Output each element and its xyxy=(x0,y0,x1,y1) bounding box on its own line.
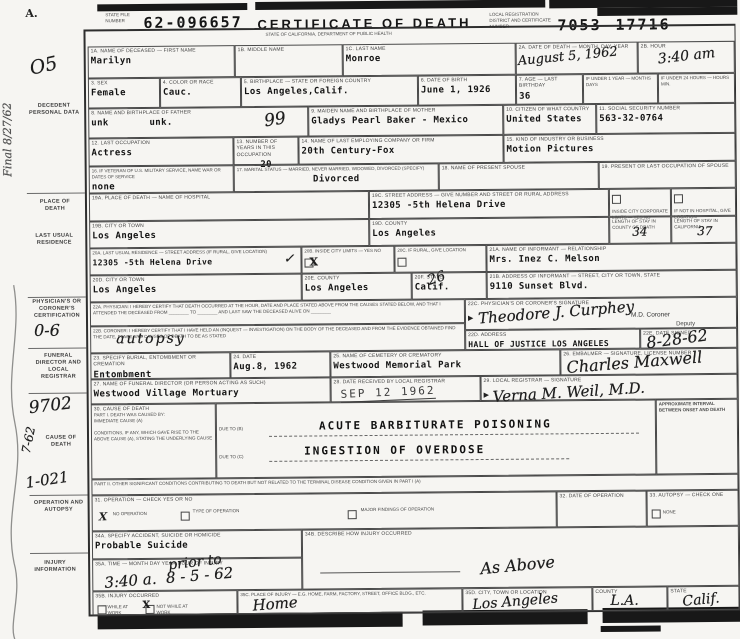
checkbox-icon xyxy=(612,195,621,204)
cause-of-death-immediate: ACUTE BARBITURATE POISONING xyxy=(319,417,552,432)
field-last-occupation: 12. LAST OCCUPATION Actress xyxy=(88,137,233,166)
field-value: Westwood Village Mortuary xyxy=(94,388,328,401)
handwritten-99: 99 xyxy=(263,108,287,131)
field-death-county: 19D. COUNTY Los Angeles xyxy=(369,217,609,246)
field-spouse-occupation: 19. PRESENT OR LAST OCCUPATION OF SPOUSE xyxy=(599,161,736,189)
margin-divider xyxy=(29,392,87,394)
field-label: 20B. INSIDE CITY LIMITS — YES NO xyxy=(304,248,391,255)
field-label: 32. DATE OF OPERATION xyxy=(560,493,644,500)
field-value xyxy=(602,171,733,172)
field-middle-name: 1B. MIDDLE NAME xyxy=(235,44,343,77)
checkbox-icon xyxy=(652,509,661,518)
death-certificate-scan: A. STATE FILE NUMBER 62-096657 CERTIFICA… xyxy=(0,0,740,639)
field-first-name: 1A. NAME OF DECEASED — FIRST NAME Marily… xyxy=(88,45,235,78)
field-label: 22A. PHYSICIAN: I HEREBY CERTIFY THAT DE… xyxy=(93,301,462,316)
field-value: Los Angeles xyxy=(305,283,409,295)
field-label: 20C. IF RURAL, GIVE LOCATION xyxy=(397,247,483,254)
field-label: 4. COLOR OR RACE xyxy=(163,79,238,86)
field-label: 24. DATE xyxy=(233,353,327,360)
field-residence-street: 20A. LAST USUAL RESIDENCE — STREET ADDRE… xyxy=(89,247,301,276)
field-label: 17. MARITAL STATUS — MARRIED, NEVER MARR… xyxy=(237,165,436,173)
field-date-of-operation: 32. DATE OF OPERATION xyxy=(557,491,647,528)
margin-label-last-usual-residence: LAST USUAL RESIDENCE xyxy=(27,233,81,248)
field-label: 1B. MIDDLE NAME xyxy=(238,46,340,53)
margin-label-funeral-director: FUNERAL DIRECTOR AND LOCAL REGISTRAR xyxy=(33,353,83,382)
field-label: 22D. ADDRESS xyxy=(468,331,637,339)
field-value: Los Angeles xyxy=(93,284,299,297)
field-label: 25. NAME OF CEMETERY OR CREMATORY xyxy=(333,351,557,359)
field-label: APPROXIMATE INTERVAL BETWEEN ONSET AND D… xyxy=(659,401,735,413)
due-to-c-label: DUE TO (C) xyxy=(219,454,249,460)
field-value: Probable Suicide xyxy=(95,540,299,553)
margin-label-decedent-data: DECEDENT PERSONAL DATA xyxy=(28,103,80,118)
checkbox-icon xyxy=(674,195,683,204)
field-label: 20F. STATE xyxy=(415,274,484,281)
field-label: 21B. ADDRESS OF INFORMANT — STREET, CITY… xyxy=(490,272,734,280)
field-social-security-number: 11. SOCIAL SECURITY NUMBER 563-32-0764 xyxy=(596,103,735,134)
field-value: Los Angeles,Calif. xyxy=(244,86,415,98)
cause-immediate-label: IMMEDIATE CAUSE (A) xyxy=(94,417,213,424)
arrow-icon: ▶ xyxy=(468,315,473,322)
field-label: 6. DATE OF BIRTH xyxy=(421,77,513,84)
field-label: 15. KIND OF INDUSTRY OR BUSINESS xyxy=(506,135,732,143)
field-injury-occurred: 35B. INJURY OCCURRED WHILE AT WORK NOT W… xyxy=(92,590,237,615)
field-present-spouse: 18. NAME OF PRESENT SPOUSE xyxy=(439,162,599,190)
margin-note-o6: 0-6 xyxy=(34,321,60,340)
field-cause-of-death-labels: 30. CAUSE OF DEATH PART I. DEATH WAS CAU… xyxy=(91,403,217,479)
field-citizenship: 10. CITIZEN OF WHAT COUNTRY United State… xyxy=(503,104,596,135)
field-value: Female xyxy=(91,88,157,99)
field-label: 19D. COUNTY xyxy=(372,219,606,227)
field-label: 35B. INJURY OCCURRED xyxy=(95,592,234,599)
field-value: Los Angeles xyxy=(372,227,606,240)
operation-option: TYPE OF OPERATION xyxy=(193,508,283,515)
checkbox-icon xyxy=(97,605,106,614)
field-approximate-interval: APPROXIMATE INTERVAL BETWEEN ONSET AND D… xyxy=(656,399,739,475)
checkbox-icon xyxy=(181,512,190,521)
field-value: United States xyxy=(506,114,593,126)
field-label: 16. IF VETERAN OF U.S. MILITARY SERVICE,… xyxy=(92,167,231,180)
field-value: Aug.8, 1962 xyxy=(233,362,327,374)
field-label: 19C. STREET ADDRESS — GIVE NUMBER AND ST… xyxy=(372,191,606,199)
field-if-under-24-hours: IF UNDER 24 HOURS — HOURS MIN. xyxy=(658,73,735,104)
field-informant-name: 21A. NAME OF INFORMANT — RELATIONSHIP Mr… xyxy=(486,243,736,272)
field-value: none xyxy=(92,181,231,193)
field-value: Marilyn xyxy=(91,55,232,67)
field-value: 12305 -5th Helena Drive xyxy=(92,256,298,267)
handwritten-injury-county: L.A. xyxy=(610,593,638,609)
scan-tilt-layer: A. STATE FILE NUMBER 62-096657 CERTIFICA… xyxy=(0,0,740,639)
field-mother-name: 9. MAIDEN NAME AND BIRTHPLACE OF MOTHER … xyxy=(308,105,503,137)
field-label: 18. NAME OF PRESENT SPOUSE xyxy=(442,164,596,172)
x-mark: X xyxy=(309,255,318,268)
field-military-service: 16. IF VETERAN OF U.S. MILITARY SERVICE,… xyxy=(89,165,234,193)
handwritten-autopsy: autopsy xyxy=(116,331,186,348)
field-label: 1A. NAME OF DECEASED — FIRST NAME xyxy=(91,47,232,54)
field-coroner-address: 22D. ADDRESS HALL OF JUSTICE LOS ANGELES xyxy=(465,329,640,351)
field-label: 12. LAST OCCUPATION xyxy=(91,139,230,146)
field-marital-status: 17. MARITAL STATUS — MARRIED, NEVER MARR… xyxy=(234,163,439,192)
field-label: 20A. LAST USUAL RESIDENCE — STREET ADDRE… xyxy=(92,249,298,257)
field-label: 5. BIRTHPLACE — STATE OR FOREIGN COUNTRY xyxy=(244,78,415,86)
field-value: Monroe xyxy=(346,53,513,65)
field-color-or-race: 4. COLOR OR RACE Cauc. xyxy=(160,77,241,108)
field-label: 34B. DESCRIBE HOW INJURY OCCURRED xyxy=(305,528,736,538)
not-while-at-work-label: NOT WHILE AT WORK xyxy=(156,604,192,616)
field-value: June 1, 1926 xyxy=(421,85,513,97)
field-physician-statement: 22A. PHYSICIAN: I HEREBY CERTIFY THAT DE… xyxy=(90,299,465,326)
field-label: 3. SEX xyxy=(91,80,157,87)
field-value: 36 xyxy=(519,91,580,102)
field-label: IF UNDER 1 YEAR — MONTHS DAYS xyxy=(586,76,655,88)
scan-bar-bottom-4 xyxy=(601,625,661,632)
field-sex: 3. SEX Female xyxy=(88,78,160,109)
field-label: 11. SOCIAL SECURITY NUMBER xyxy=(599,105,732,112)
field-label: 10. CITIZEN OF WHAT COUNTRY xyxy=(506,106,593,113)
field-label: 27. NAME OF FUNERAL DIRECTOR (OR PERSON … xyxy=(94,379,328,387)
scan-bar-top-2 xyxy=(255,0,545,10)
autopsy-option: NONE xyxy=(663,509,676,515)
field-value: Gladys Pearl Baker - Mexico xyxy=(311,115,500,127)
margin-label-cause-of-death: CAUSE OF DEATH xyxy=(41,435,81,450)
margin-divider xyxy=(27,192,85,194)
field-label: 19A. PLACE OF DEATH — NAME OF HOSPITAL xyxy=(92,193,366,202)
field-place-of-death-hospital: 19A. PLACE OF DEATH — NAME OF HOSPITAL xyxy=(89,191,369,221)
operation-option: NO OPERATION xyxy=(113,511,173,517)
field-age: 7. AGE — LAST BIRTHDAY 36 xyxy=(516,74,583,105)
operation-option: MAJOR FINDINGS OF OPERATION xyxy=(361,506,461,513)
field-label: 14. NAME OF LAST EMPLOYING COMPANY OR FI… xyxy=(301,137,500,145)
field-value xyxy=(238,55,340,56)
cause-conditions-label: CONDITIONS, IF ANY, WHICH GAVE RISE TO T… xyxy=(94,429,213,442)
margin-note-o5: O5 xyxy=(28,52,60,79)
field-autopsy: 33. AUTOPSY — CHECK ONE NONE xyxy=(647,490,739,527)
field-label: 1C. LAST NAME xyxy=(346,45,513,53)
field-label: 34A. SPECIFY ACCIDENT, SUICIDE OR HOMICI… xyxy=(95,532,299,540)
handwritten-stay-california: 37 xyxy=(697,224,712,238)
margin-scribble-decoration xyxy=(0,283,33,639)
field-value: Actress xyxy=(91,147,230,159)
field-death-city: 19B. CITY OR TOWN Los Angeles xyxy=(89,219,369,248)
field-label: 13. NUMBER OF YEARS IN THIS OCCUPATION xyxy=(236,139,295,158)
x-mark: X xyxy=(142,600,150,611)
field-if-under-1-year: IF UNDER 1 YEAR — MONTHS DAYS xyxy=(583,73,658,104)
field-label: 31. OPERATION — CHECK YES OR NO xyxy=(95,493,554,503)
state-file-label: STATE FILE NUMBER xyxy=(105,12,139,24)
field-label: 20E. COUNTY xyxy=(305,275,409,282)
field-funeral-director: 27. NAME OF FUNERAL DIRECTOR (OR PERSON … xyxy=(91,377,331,404)
checkbox-icon xyxy=(348,510,357,519)
field-label: 19B. CITY OR TOWN xyxy=(92,221,366,230)
field-value: Divorced xyxy=(237,173,436,186)
field-informant-address: 21B. ADDRESS OF INFORMANT — STREET, CITY… xyxy=(487,270,737,299)
margin-label-physician-certification: PHYSICIAN'S OR CORONER'S CERTIFICATION xyxy=(29,298,85,320)
field-label: 21A. NAME OF INFORMANT — RELATIONSHIP xyxy=(489,245,733,253)
field-date-of-birth: 6. DATE OF BIRTH June 1, 1926 xyxy=(418,75,516,106)
scan-bar-top-1 xyxy=(97,3,247,11)
field-years-in-occupation: 13. NUMBER OF YEARS IN THIS OCCUPATION 2… xyxy=(233,137,298,166)
field-residence-city: 20D. CITY OR TOWN Los Angeles xyxy=(90,274,302,303)
while-at-work-label: WHILE AT WORK xyxy=(107,604,137,616)
field-inside-city-limits: INSIDE CITY CORPORATE LIMITS — YES NO xyxy=(609,188,671,217)
field-not-in-hospital-location: IF NOT IN HOSPITAL, GIVE LOCATION xyxy=(671,188,736,217)
field-cemetery: 25. NAME OF CEMETERY OR CREMATORY Westwo… xyxy=(330,349,560,377)
field-operations: 31. OPERATION — CHECK YES OR NO X NO OPE… xyxy=(92,491,557,531)
field-value: Motion Pictures xyxy=(506,143,732,156)
field-value: Westwood Memorial Park xyxy=(333,360,557,373)
due-to-b-label: DUE TO (B) xyxy=(219,426,249,432)
checkbox-icon xyxy=(397,258,406,267)
corner-mark: A. xyxy=(25,7,37,20)
field-label: 33. AUTOPSY — CHECK ONE xyxy=(650,492,736,499)
field-value: 12305 -5th Helena Drive xyxy=(372,199,606,212)
margin-label-injury-information: INJURY INFORMATION xyxy=(30,560,80,575)
field-value: Mrs. Inez C. Melson xyxy=(489,253,733,266)
field-label: 19. PRESENT OR LAST OCCUPATION OF SPOUSE xyxy=(602,163,733,170)
field-disposition-date: 24. DATE Aug.8, 1962 xyxy=(230,351,330,378)
margin-label-operation-autopsy: OPERATION AND AUTOPSY xyxy=(32,499,86,514)
field-label: 23. SPECIFY BURIAL, ENTOMBMENT OR CREMAT… xyxy=(93,354,227,368)
field-last-name: 1C. LAST NAME Monroe xyxy=(343,43,516,77)
field-value: Calif. xyxy=(415,282,484,293)
field-label: 9. MAIDEN NAME AND BIRTHPLACE OF MOTHER xyxy=(311,107,500,115)
field-label: IF UNDER 24 HOURS — HOURS MIN. xyxy=(661,75,732,87)
arrow-icon: ▶ xyxy=(484,392,489,399)
margin-label-place-of-death: PLACE OF DEATH xyxy=(33,199,77,214)
field-label: 7. AGE — LAST BIRTHDAY xyxy=(519,76,580,89)
handwritten-stay-county: 34 xyxy=(632,225,647,239)
certificate-form: 1A. NAME OF DECEASED — FIRST NAME Marily… xyxy=(83,24,740,617)
x-mark: X xyxy=(99,510,108,523)
field-cause-of-death-entries: DUE TO (B) DUE TO (C) xyxy=(216,400,657,479)
field-value xyxy=(92,201,366,203)
cause-of-death-due-to: INGESTION OF OVERDOSE xyxy=(304,443,485,458)
field-value: 20th Century-Fox xyxy=(301,145,500,158)
field-value: Los Angeles xyxy=(92,229,366,242)
margin-divider xyxy=(30,552,88,554)
field-value: 9110 Sunset Blvd. xyxy=(490,280,734,293)
field-value: 563-32-0764 xyxy=(599,113,732,125)
field-residence-state: 20F. STATE Calif. xyxy=(412,272,487,300)
margin-note-final: Final 8/27/62 xyxy=(1,102,15,176)
field-value: Cauc. xyxy=(163,87,238,98)
field-last-employer: 14. NAME OF LAST EMPLOYING COMPANY OR FI… xyxy=(298,135,503,165)
field-birthplace: 5. BIRTHPLACE — STATE OR FOREIGN COUNTRY… xyxy=(241,76,418,108)
margin-note-9702: 9702 xyxy=(28,393,73,418)
handwritten-checkmark: ✓ xyxy=(283,252,294,267)
handwritten-place-of-injury: Home xyxy=(252,593,298,614)
field-residence-county: 20E. COUNTY Los Angeles xyxy=(302,273,412,301)
margin-divider xyxy=(30,494,88,496)
margin-divider xyxy=(28,347,86,349)
field-disposition: 23. SPECIFY BURIAL, ENTOMBMENT OR CREMAT… xyxy=(90,352,230,379)
field-industry: 15. KIND OF INDUSTRY OR BUSINESS Motion … xyxy=(503,133,735,163)
signature-title: M.D. Coroner xyxy=(631,311,670,318)
field-death-street-address: 19C. STREET ADDRESS — GIVE NUMBER AND ST… xyxy=(369,189,609,219)
field-value xyxy=(442,172,596,173)
field-label: 20D. CITY OR TOWN xyxy=(93,276,299,284)
